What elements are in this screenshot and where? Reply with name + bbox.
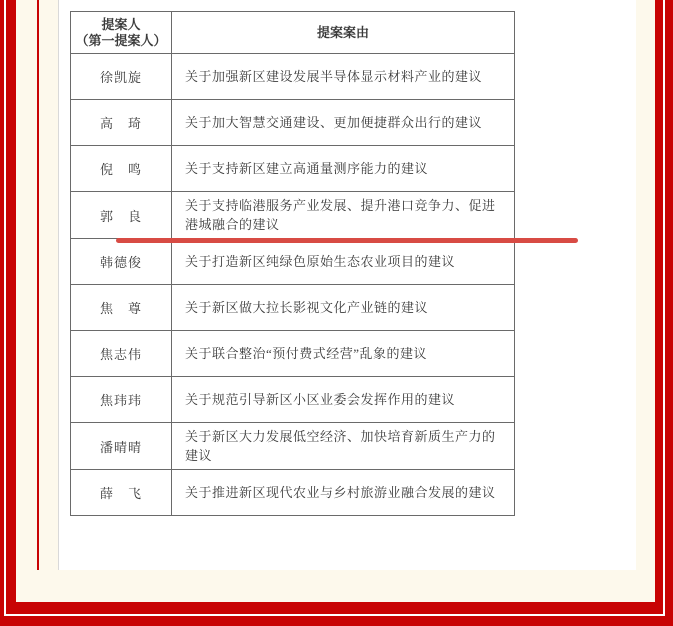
frame-band-bottom-outer <box>0 616 673 626</box>
table-row: 焦志伟 关于联合整治“预付费式经营”乱象的建议 <box>71 331 515 377</box>
header-subject: 提案案由 <box>172 12 515 54</box>
proposer-cell: 潘晴晴 <box>71 423 172 470</box>
subject-cell: 关于规范引导新区小区业委会发挥作用的建议 <box>172 377 515 423</box>
frame-band-right-inner <box>655 0 663 614</box>
proposals-table: 提案人 （第一提案人） 提案案由 徐凯旋 关于加强新区建设发展半导体显示材料产业… <box>70 11 515 516</box>
frame-pinstripe-bottom <box>4 614 665 616</box>
table-row: 焦玮玮 关于规范引导新区小区业委会发挥作用的建议 <box>71 377 515 423</box>
table-row: 焦 尊 关于新区做大拉长影视文化产业链的建议 <box>71 285 515 331</box>
frame-pinstripe-right <box>663 0 665 616</box>
subject-cell: 关于支持临港服务产业发展、提升港口竞争力、促进港城融合的建议 <box>172 192 515 239</box>
proposer-cell: 高 琦 <box>71 100 172 146</box>
subject-cell: 关于联合整治“预付费式经营”乱象的建议 <box>172 331 515 377</box>
table-row: 韩德俊 关于打造新区纯绿色原始生态农业项目的建议 <box>71 239 515 285</box>
table-row: 薛 飞 关于推进新区现代农业与乡村旅游业融合发展的建议 <box>71 470 515 516</box>
table-row: 倪 鸣 关于支持新区建立高通量测序能力的建议 <box>71 146 515 192</box>
table-row: 潘晴晴 关于新区大力发展低空经济、加快培育新质生产力的建议 <box>71 423 515 470</box>
frame-band-bottom-inner <box>6 602 663 614</box>
left-accent-line <box>37 0 39 570</box>
proposer-cell: 郭 良 <box>71 192 172 239</box>
proposer-cell: 薛 飞 <box>71 470 172 516</box>
frame-pinstripe-left <box>4 0 6 616</box>
subject-cell: 关于加大智慧交通建设、更加便捷群众出行的建议 <box>172 100 515 146</box>
subject-cell: 关于打造新区纯绿色原始生态农业项目的建议 <box>172 239 515 285</box>
table-row-highlighted: 郭 良 关于支持临港服务产业发展、提升港口竞争力、促进港城融合的建议 <box>71 192 515 239</box>
frame-band-left-inner <box>6 0 16 614</box>
proposer-cell: 韩德俊 <box>71 239 172 285</box>
proposer-cell: 焦志伟 <box>71 331 172 377</box>
header-proposer-line1: 提案人 <box>71 17 171 33</box>
subject-cell: 关于加强新区建设发展半导体显示材料产业的建议 <box>172 54 515 100</box>
frame-band-right-outer <box>665 0 673 626</box>
table-header-row: 提案人 （第一提案人） 提案案由 <box>71 12 515 54</box>
subject-cell: 关于新区做大拉长影视文化产业链的建议 <box>172 285 515 331</box>
subject-cell: 关于新区大力发展低空经济、加快培育新质生产力的建议 <box>172 423 515 470</box>
document-canvas: 提案人 （第一提案人） 提案案由 徐凯旋 关于加强新区建设发展半导体显示材料产业… <box>0 0 673 626</box>
subject-cell: 关于支持新区建立高通量测序能力的建议 <box>172 146 515 192</box>
highlight-underline <box>116 238 578 243</box>
proposer-cell: 徐凯旋 <box>71 54 172 100</box>
header-proposer: 提案人 （第一提案人） <box>71 12 172 54</box>
table-row: 徐凯旋 关于加强新区建设发展半导体显示材料产业的建议 <box>71 54 515 100</box>
proposer-cell: 焦玮玮 <box>71 377 172 423</box>
subject-cell: 关于推进新区现代农业与乡村旅游业融合发展的建议 <box>172 470 515 516</box>
proposer-cell: 焦 尊 <box>71 285 172 331</box>
table-row: 高 琦 关于加大智慧交通建设、更加便捷群众出行的建议 <box>71 100 515 146</box>
proposer-cell: 倪 鸣 <box>71 146 172 192</box>
header-proposer-line2: （第一提案人） <box>71 33 171 49</box>
